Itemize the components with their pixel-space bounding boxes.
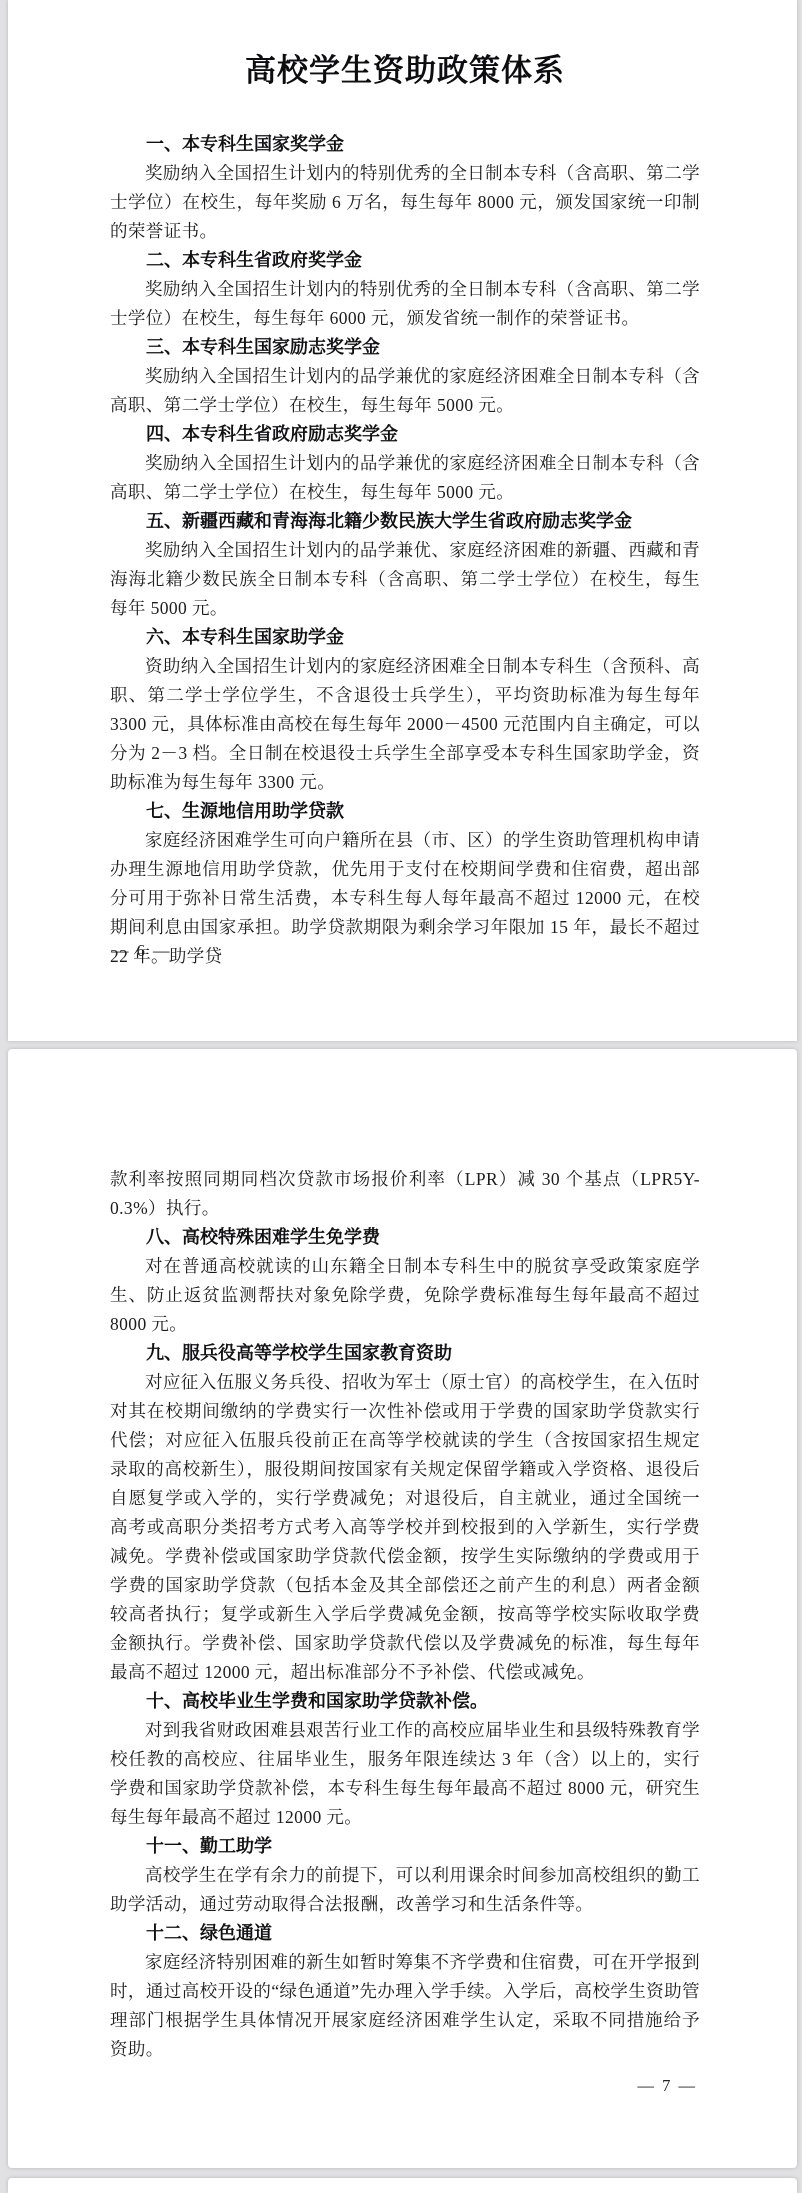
section-9: 九、服兵役高等学校学生国家教育资助 对应征入伍服义务兵役、招收为军士（原士官）的… [110, 1339, 700, 1687]
section-7-heading: 七、生源地信用助学贷款 [110, 797, 700, 826]
next-page-edge [8, 2178, 797, 2193]
section-9-paragraph: 对应征入伍服义务兵役、招收为军士（原士官）的高校学生，在入伍时对其在校期间缴纳的… [110, 1368, 700, 1687]
section-2-heading: 二、本专科生省政府奖学金 [110, 246, 700, 275]
section-4-paragraph: 奖励纳入全国招生计划内的品学兼优的家庭经济困难全日制本专科（含高职、第二学士学位… [110, 449, 700, 507]
section-10-paragraph: 对到我省财政困难县艰苦行业工作的高校应届毕业生和县级特殊教育学校任教的高校应、往… [110, 1716, 700, 1832]
section-11: 十一、勤工助学 高校学生在学有余力的前提下，可以利用课余时间参加高校组织的勤工助… [110, 1832, 700, 1919]
section-4-heading: 四、本专科生省政府励志奖学金 [110, 420, 700, 449]
section-12: 十二、绿色通道 家庭经济特别困难的新生如暂时筹集不齐学费和住宿费，可在开学报到时… [110, 1919, 700, 2064]
section-2: 二、本专科生省政府奖学金 奖励纳入全国招生计划内的特别优秀的全日制本专科（含高职… [110, 246, 700, 333]
section-8: 八、高校特殊困难学生免学费 对在普通高校就读的山东籍全日制本专科生中的脱贫享受政… [110, 1223, 700, 1339]
page-number-6: — 6 — [112, 941, 172, 961]
section-10: 十、高校毕业生学费和国家助学贷款补偿。 对到我省财政困难县艰苦行业工作的高校应届… [110, 1687, 700, 1832]
page-number-7: — 7 — [638, 2076, 698, 2096]
section-11-paragraph: 高校学生在学有余力的前提下，可以利用课余时间参加高校组织的勤工助学活动，通过劳动… [110, 1861, 700, 1919]
section-9-heading: 九、服兵役高等学校学生国家教育资助 [110, 1339, 700, 1368]
section-6-paragraph: 资助纳入全国招生计划内的家庭经济困难全日制本专科生（含预科、高职、第二学士学位学… [110, 652, 700, 797]
section-3-heading: 三、本专科生国家励志奖学金 [110, 333, 700, 362]
section-1-paragraph: 奖励纳入全国招生计划内的特别优秀的全日制本专科（含高职、第二学士学位）在校生，每… [110, 159, 700, 246]
document-title: 高校学生资助政策体系 [110, 0, 700, 90]
continuation-paragraph: 款利率按照同期同档次贷款市场报价利率（LPR）减 30 个基点（LPR5Y-0.… [110, 1165, 700, 1223]
section-12-heading: 十二、绿色通道 [110, 1919, 700, 1948]
section-5: 五、新疆西藏和青海海北籍少数民族大学生省政府励志奖学金 奖励纳入全国招生计划内的… [110, 507, 700, 623]
section-3: 三、本专科生国家励志奖学金 奖励纳入全国招生计划内的品学兼优的家庭经济困难全日制… [110, 333, 700, 420]
document-page-7: 款利率按照同期同档次贷款市场报价利率（LPR）减 30 个基点（LPR5Y-0.… [8, 1049, 797, 2168]
section-7: 七、生源地信用助学贷款 家庭经济困难学生可向户籍所在县（市、区）的学生资助管理机… [110, 797, 700, 971]
section-4: 四、本专科生省政府励志奖学金 奖励纳入全国招生计划内的品学兼优的家庭经济困难全日… [110, 420, 700, 507]
section-7-paragraph: 家庭经济困难学生可向户籍所在县（市、区）的学生资助管理机构申请办理生源地信用助学… [110, 826, 700, 971]
section-12-paragraph: 家庭经济特别困难的新生如暂时筹集不齐学费和住宿费，可在开学报到时，通过高校开设的… [110, 1948, 700, 2064]
page-7-content: 款利率按照同期同档次贷款市场报价利率（LPR）减 30 个基点（LPR5Y-0.… [8, 1049, 797, 2064]
section-5-paragraph: 奖励纳入全国招生计划内的品学兼优、家庭经济困难的新疆、西藏和青海海北籍少数民族全… [110, 536, 700, 623]
section-10-heading: 十、高校毕业生学费和国家助学贷款补偿。 [110, 1687, 700, 1716]
section-1-heading: 一、本专科生国家奖学金 [110, 130, 700, 159]
section-6: 六、本专科生国家助学金 资助纳入全国招生计划内的家庭经济困难全日制本专科生（含预… [110, 623, 700, 797]
section-5-heading: 五、新疆西藏和青海海北籍少数民族大学生省政府励志奖学金 [110, 507, 700, 536]
page-6-content: 高校学生资助政策体系 一、本专科生国家奖学金 奖励纳入全国招生计划内的特别优秀的… [8, 0, 797, 971]
section-8-heading: 八、高校特殊困难学生免学费 [110, 1223, 700, 1252]
section-6-heading: 六、本专科生国家助学金 [110, 623, 700, 652]
section-1: 一、本专科生国家奖学金 奖励纳入全国招生计划内的特别优秀的全日制本专科（含高职、… [110, 130, 700, 246]
document-page-6: 高校学生资助政策体系 一、本专科生国家奖学金 奖励纳入全国招生计划内的特别优秀的… [8, 0, 797, 1041]
document-viewer: 高校学生资助政策体系 一、本专科生国家奖学金 奖励纳入全国招生计划内的特别优秀的… [0, 0, 802, 2193]
section-3-paragraph: 奖励纳入全国招生计划内的品学兼优的家庭经济困难全日制本专科（含高职、第二学士学位… [110, 362, 700, 420]
section-11-heading: 十一、勤工助学 [110, 1832, 700, 1861]
section-8-paragraph: 对在普通高校就读的山东籍全日制本专科生中的脱贫享受政策家庭学生、防止返贫监测帮扶… [110, 1252, 700, 1339]
section-2-paragraph: 奖励纳入全国招生计划内的特别优秀的全日制本专科（含高职、第二学士学位）在校生，每… [110, 275, 700, 333]
